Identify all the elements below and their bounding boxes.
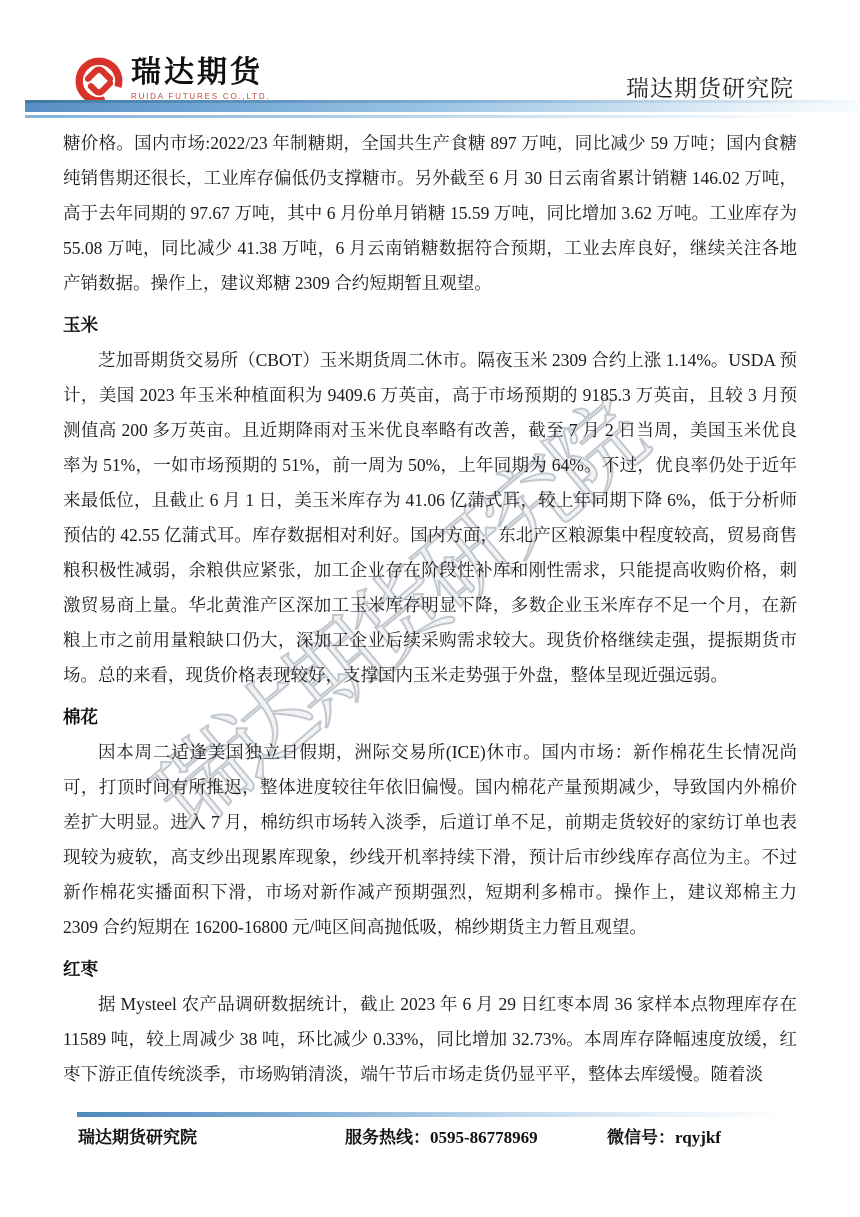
paragraph-red-dates: 据 Mysteel 农产品调研数据统计，截止 2023 年 6 月 29 日红枣…	[63, 987, 797, 1092]
paragraph-sugar-continued: 糖价格。国内市场:2022/23 年制糖期，全国共生产食糖 897 万吨，同比减…	[63, 126, 797, 301]
company-logo: 瑞达期货 RUIDA FUTURES CO.,LTD.	[74, 56, 270, 106]
footer-institute: 瑞达期货研究院	[78, 1123, 197, 1148]
header-divider-line	[25, 115, 858, 118]
logo-text-block: 瑞达期货 RUIDA FUTURES CO.,LTD.	[131, 56, 270, 101]
header-divider-band	[25, 100, 858, 112]
paragraph-cotton: 因本周二适逢美国独立日假期，洲际交易所(ICE)休市。国内市场：新作棉花生长情况…	[63, 735, 797, 945]
section-heading-corn: 玉米	[63, 308, 797, 343]
report-body: 糖价格。国内市场:2022/23 年制糖期，全国共生产食糖 897 万吨，同比减…	[63, 126, 797, 1108]
logo-company-name: 瑞达期货	[131, 56, 270, 90]
section-heading-red-dates: 红枣	[63, 952, 797, 987]
ruida-logo-icon	[74, 56, 124, 106]
section-heading-cotton: 棉花	[63, 700, 797, 735]
footer-wechat: 微信号：rqyjkf	[607, 1123, 721, 1148]
header-institute-title: 瑞达期货研究院	[626, 70, 794, 103]
report-page: 瑞达期货 RUIDA FUTURES CO.,LTD. 瑞达期货研究院 瑞达期货…	[0, 0, 860, 1217]
footer-divider-bar	[77, 1112, 790, 1117]
footer-hotline: 服务热线：0595-86778969	[345, 1123, 538, 1148]
paragraph-corn: 芝加哥期货交易所（CBOT）玉米期货周二休市。隔夜玉米 2309 合约上涨 1.…	[63, 343, 797, 693]
